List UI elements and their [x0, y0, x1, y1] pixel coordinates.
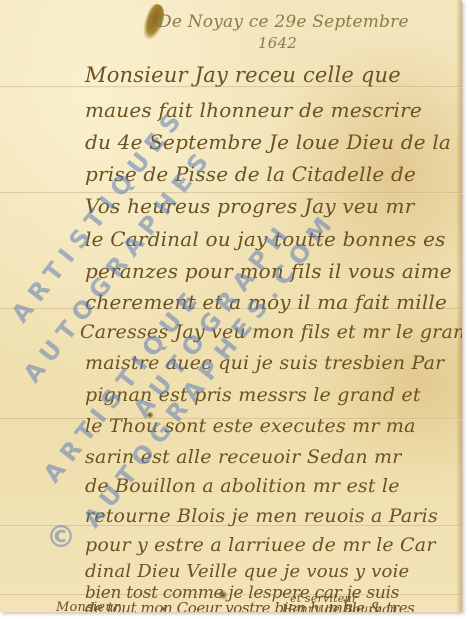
body-line: maues fait lhonneur de mescrire	[85, 98, 422, 122]
page-edge-shadow	[456, 0, 462, 612]
place-date: De Noyay ce 29e Septembre	[158, 12, 409, 32]
body-line: dinal Dieu Veille que je vous y voie	[85, 561, 409, 582]
letter-page: De Noyay ce 29e Septembre 1642 Monsieur …	[0, 0, 462, 612]
body-line: Caresses Jay veu mon fils et mr le grand	[80, 321, 462, 343]
body-line: retourne Blois je men reuois a Paris	[85, 505, 438, 527]
closing-salutation: Monsieur	[56, 600, 120, 612]
body-line: le Thou sont este executes mr ma	[85, 415, 416, 437]
body-line: Monsieur Jay receu celle que	[85, 63, 401, 87]
copyright-icon: ©	[46, 520, 76, 555]
signature: Henry de Bourbon	[282, 602, 398, 612]
body-line: Vos heureus progres Jay veu mr	[85, 194, 415, 218]
year: 1642	[258, 34, 297, 52]
body-line: pour y estre a larriuee de mr le Car	[85, 534, 436, 556]
